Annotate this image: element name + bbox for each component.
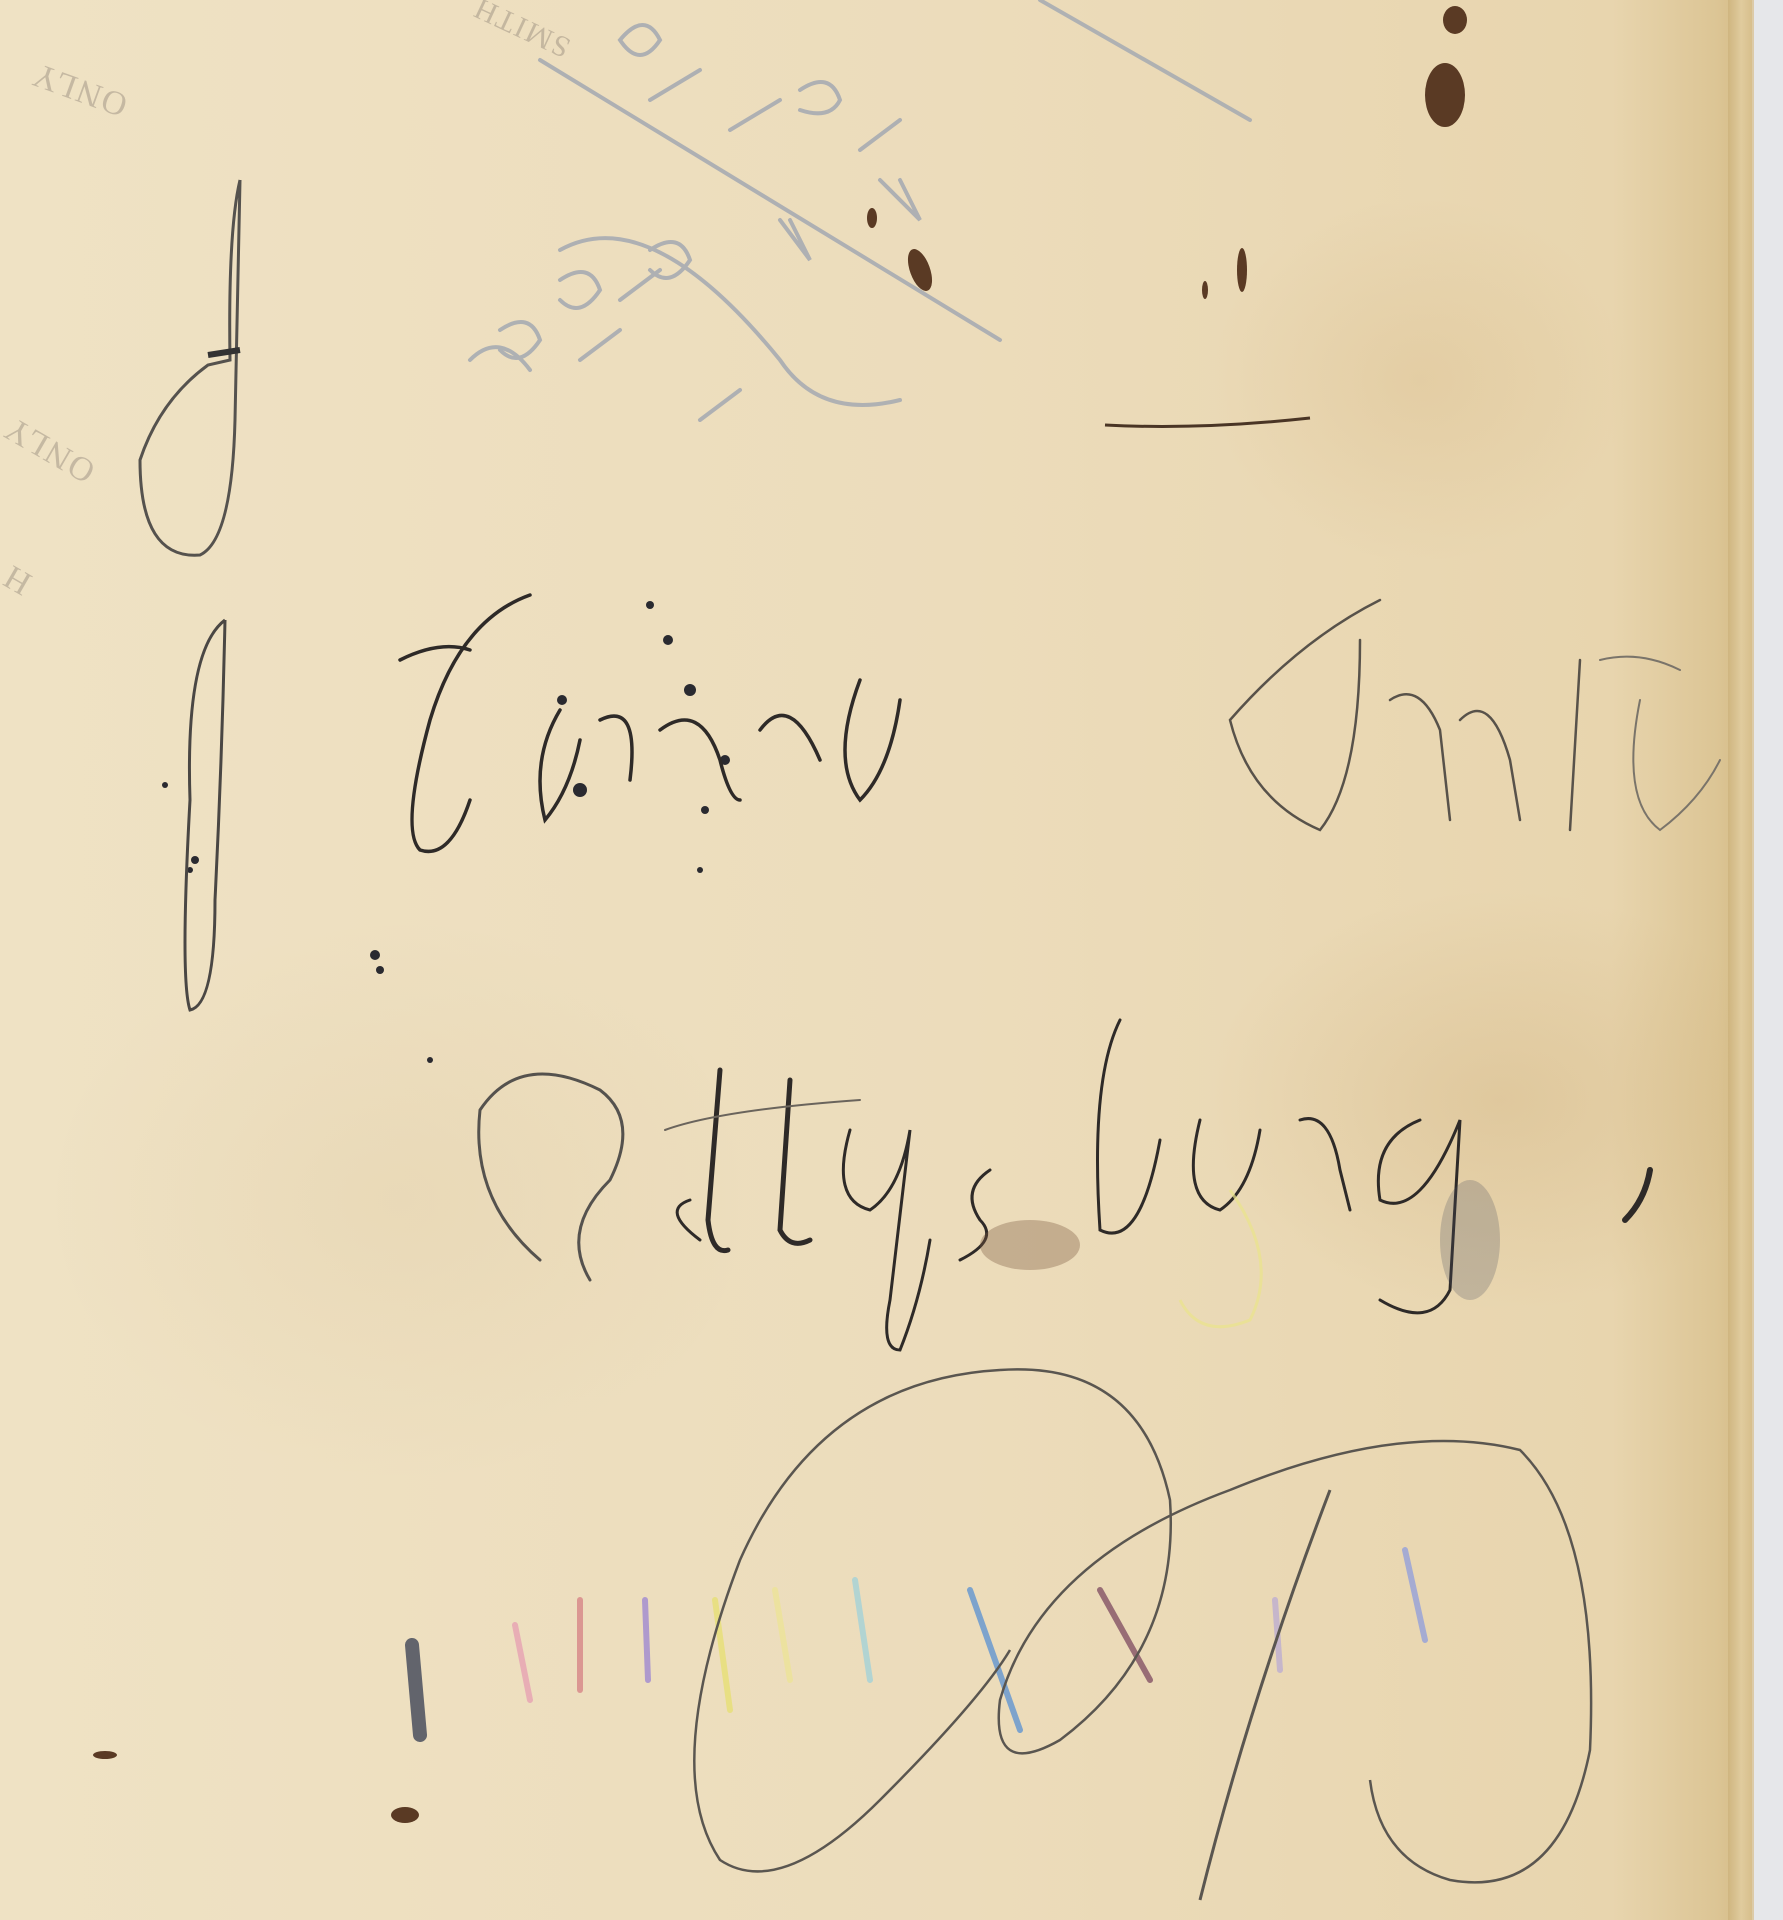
colored-pencil-strokes bbox=[412, 1550, 1425, 1735]
initial-j-signature bbox=[185, 620, 225, 1010]
ink-blots bbox=[93, 6, 1467, 1823]
signature-carna-smith bbox=[400, 595, 1720, 851]
handwriting-layer bbox=[0, 0, 1783, 1920]
ink-smudge bbox=[980, 1220, 1080, 1270]
initial-j-top bbox=[140, 180, 240, 555]
pencil-numerals bbox=[470, 0, 1250, 420]
ink-speckles bbox=[162, 601, 730, 1063]
pencil-flourish bbox=[694, 1369, 1591, 1900]
pencil-smudge bbox=[1440, 1180, 1500, 1300]
